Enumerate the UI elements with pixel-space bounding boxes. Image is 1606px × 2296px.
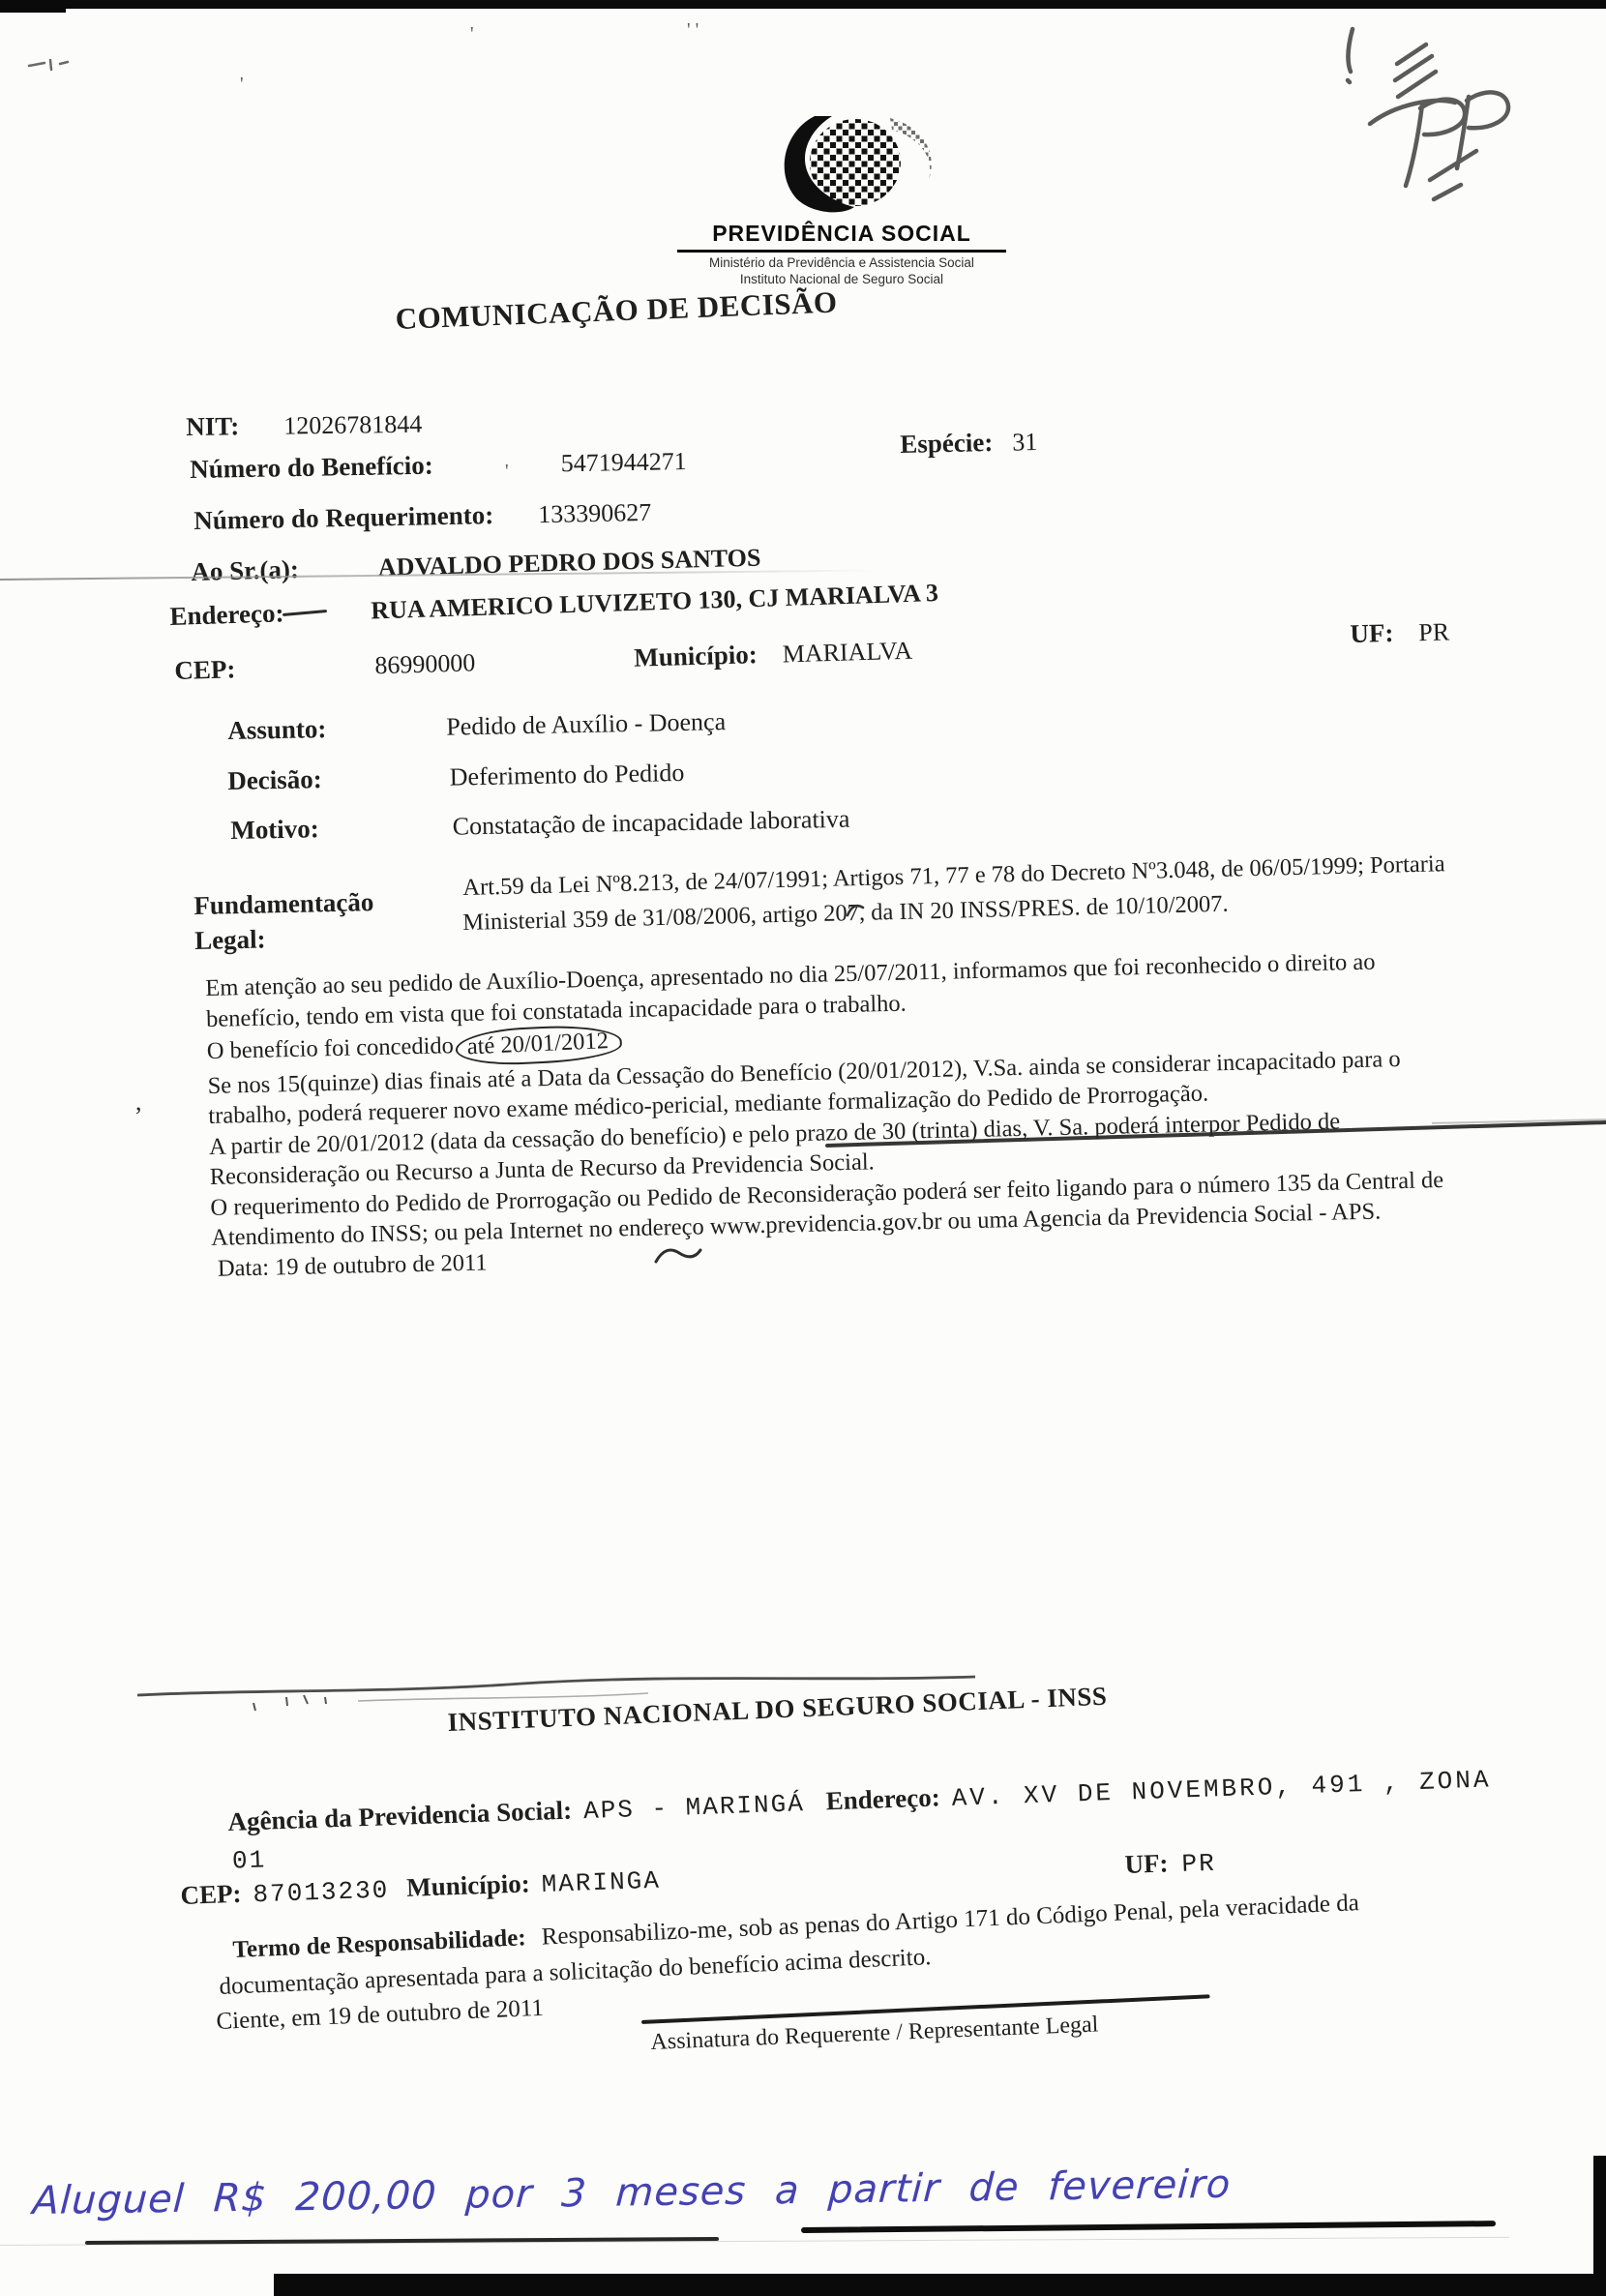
pencil-speck: ': [240, 74, 244, 96]
beneficio-label: Número do Benefício:: [190, 451, 433, 484]
cep-label: CEP:: [174, 654, 236, 685]
inss-endereco-label: Endereço:: [825, 1782, 940, 1815]
inss-endereco-value-cont: 01: [231, 1845, 266, 1875]
scan-smudge-stroke-2: [801, 2221, 1496, 2233]
beneficio-value: 5471944271: [560, 447, 686, 477]
previdencia-social-logo-icon: [755, 104, 948, 223]
pen-squiggle-icon: [650, 1240, 708, 1269]
assunto-value: Pedido de Auxílio - Doença: [446, 707, 726, 741]
inss-uf-row: UF: PR: [1124, 1847, 1216, 1881]
document-title: COMUNICAÇÃO DE DECISÃO: [395, 284, 838, 337]
fundamentacao-label: Fundamentação Legal:: [193, 883, 417, 958]
field-endereco: Endereço: RUA AMERICO LUVIZETO 130, CJ M…: [169, 578, 938, 632]
field-especie: Espécie: 31: [900, 427, 1038, 460]
especie-value: 31: [1012, 428, 1038, 457]
decisao-value: Deferimento do Pedido: [449, 759, 684, 791]
circled-cessation-date: até 20/01/2012: [455, 1023, 623, 1066]
nit-label: NIT:: [186, 411, 239, 441]
inss-endereco-value: AV. XV DE NOVEMBRO, 491 , ZONA: [951, 1765, 1492, 1812]
termo-line-1-text: Responsabilizo-me, sob as penas do Artig…: [541, 1890, 1359, 1950]
uf-label: UF:: [1350, 618, 1394, 648]
inss-uf-value: PR: [1181, 1849, 1216, 1879]
scan-right-bar: [1593, 2156, 1606, 2296]
inss-municipio-value: MARINGA: [541, 1866, 661, 1899]
endereco-label: Endereço:: [169, 598, 284, 631]
municipio-label: Município:: [634, 640, 758, 672]
fundamentacao-label-line2: Legal:: [194, 918, 418, 958]
pen-tick-icon: [844, 898, 873, 921]
pen-comma-speck: ,: [135, 1088, 142, 1117]
inss-municipio-label: Município:: [406, 1868, 530, 1901]
handwritten-initials-pp-icon: [1316, 8, 1519, 211]
field-motivo: Motivo: Constatação de incapacidade labo…: [230, 804, 850, 846]
uf-value: PR: [1418, 617, 1450, 646]
scanned-document-page: ' ' ' ' ': [0, 0, 1606, 2296]
agencia-label: Agência da Previdencia Social:: [227, 1796, 573, 1836]
requerimento-value: 133390627: [538, 498, 652, 528]
fundamentacao-label-line1: Fundamentação: [193, 883, 417, 923]
field-destinatario: Ao Sr.(a): ADVALDO PEDRO DOS SANTOS: [191, 543, 761, 587]
agencia-value: APS - MARINGÁ: [583, 1789, 806, 1826]
handwritten-rent-note: Aluguel R$ 200,00 por 3 meses a partir d…: [31, 2162, 1232, 2223]
logo-rule: [677, 250, 1006, 253]
termo-line-3: Ciente, em 19 de outubro de 2011: [216, 1995, 544, 2036]
scan-bottom-bar: [274, 2274, 1606, 2296]
logo-subtitle-2: Instituto Nacional de Seguro Social: [619, 272, 1064, 286]
motivo-label: Motivo:: [230, 814, 319, 845]
destinatario-label: Ao Sr.(a):: [191, 554, 299, 586]
field-uf: UF: PR: [1350, 616, 1450, 649]
pencil-mark-top-left-icon: [25, 50, 83, 79]
inss-agency-row: Agência da Previdencia Social: APS - MAR…: [227, 1763, 1492, 1838]
field-requerimento: Número do Requerimento: 133390627: [193, 497, 651, 536]
endereco-value: RUA AMERICO LUVIZETO 130, CJ MARIALVA 3: [371, 579, 938, 624]
body-line-3-prefix: O benefício foi concedido: [207, 1032, 455, 1064]
cep-value: 86990000: [374, 648, 476, 679]
termo-label: Termo de Responsabilidade:: [232, 1924, 526, 1963]
nit-value: 12026781844: [283, 410, 422, 440]
decisao-label: Decisão:: [227, 764, 322, 795]
pencil-speck: ' ': [687, 19, 699, 42]
assunto-label: Assunto:: [227, 714, 327, 745]
motivo-value: Constatação de incapacidade laborativa: [452, 805, 849, 841]
field-assunto: Assunto: Pedido de Auxílio - Doença: [227, 706, 726, 746]
pencil-speck: ': [470, 23, 474, 45]
requerimento-label: Número do Requerimento:: [193, 500, 493, 535]
inss-cep-label: CEP:: [180, 1879, 242, 1910]
municipio-value: MARIALVA: [782, 637, 912, 669]
logo-title: PREVIDÊNCIA SOCIAL: [668, 221, 1016, 247]
field-decisao: Decisão: Deferimento do Pedido: [227, 758, 685, 796]
inss-uf-label: UF:: [1124, 1848, 1169, 1879]
logo-subtitle-1: Ministério da Previdência e Assistencia …: [619, 255, 1064, 270]
field-nit: NIT: 12026781844: [186, 409, 422, 442]
field-beneficio: Número do Benefício: 5471944271: [190, 446, 687, 485]
field-cep: CEP: 86990000 Município: MARIALVA: [174, 636, 912, 686]
body-paragraph: Em atenção ao seu pedido de Auxílio-Doen…: [205, 945, 1445, 1284]
inss-cep-value: 87013230: [253, 1875, 390, 1909]
especie-label: Espécie:: [900, 428, 994, 459]
scan-top-left-bar: [0, 0, 66, 13]
